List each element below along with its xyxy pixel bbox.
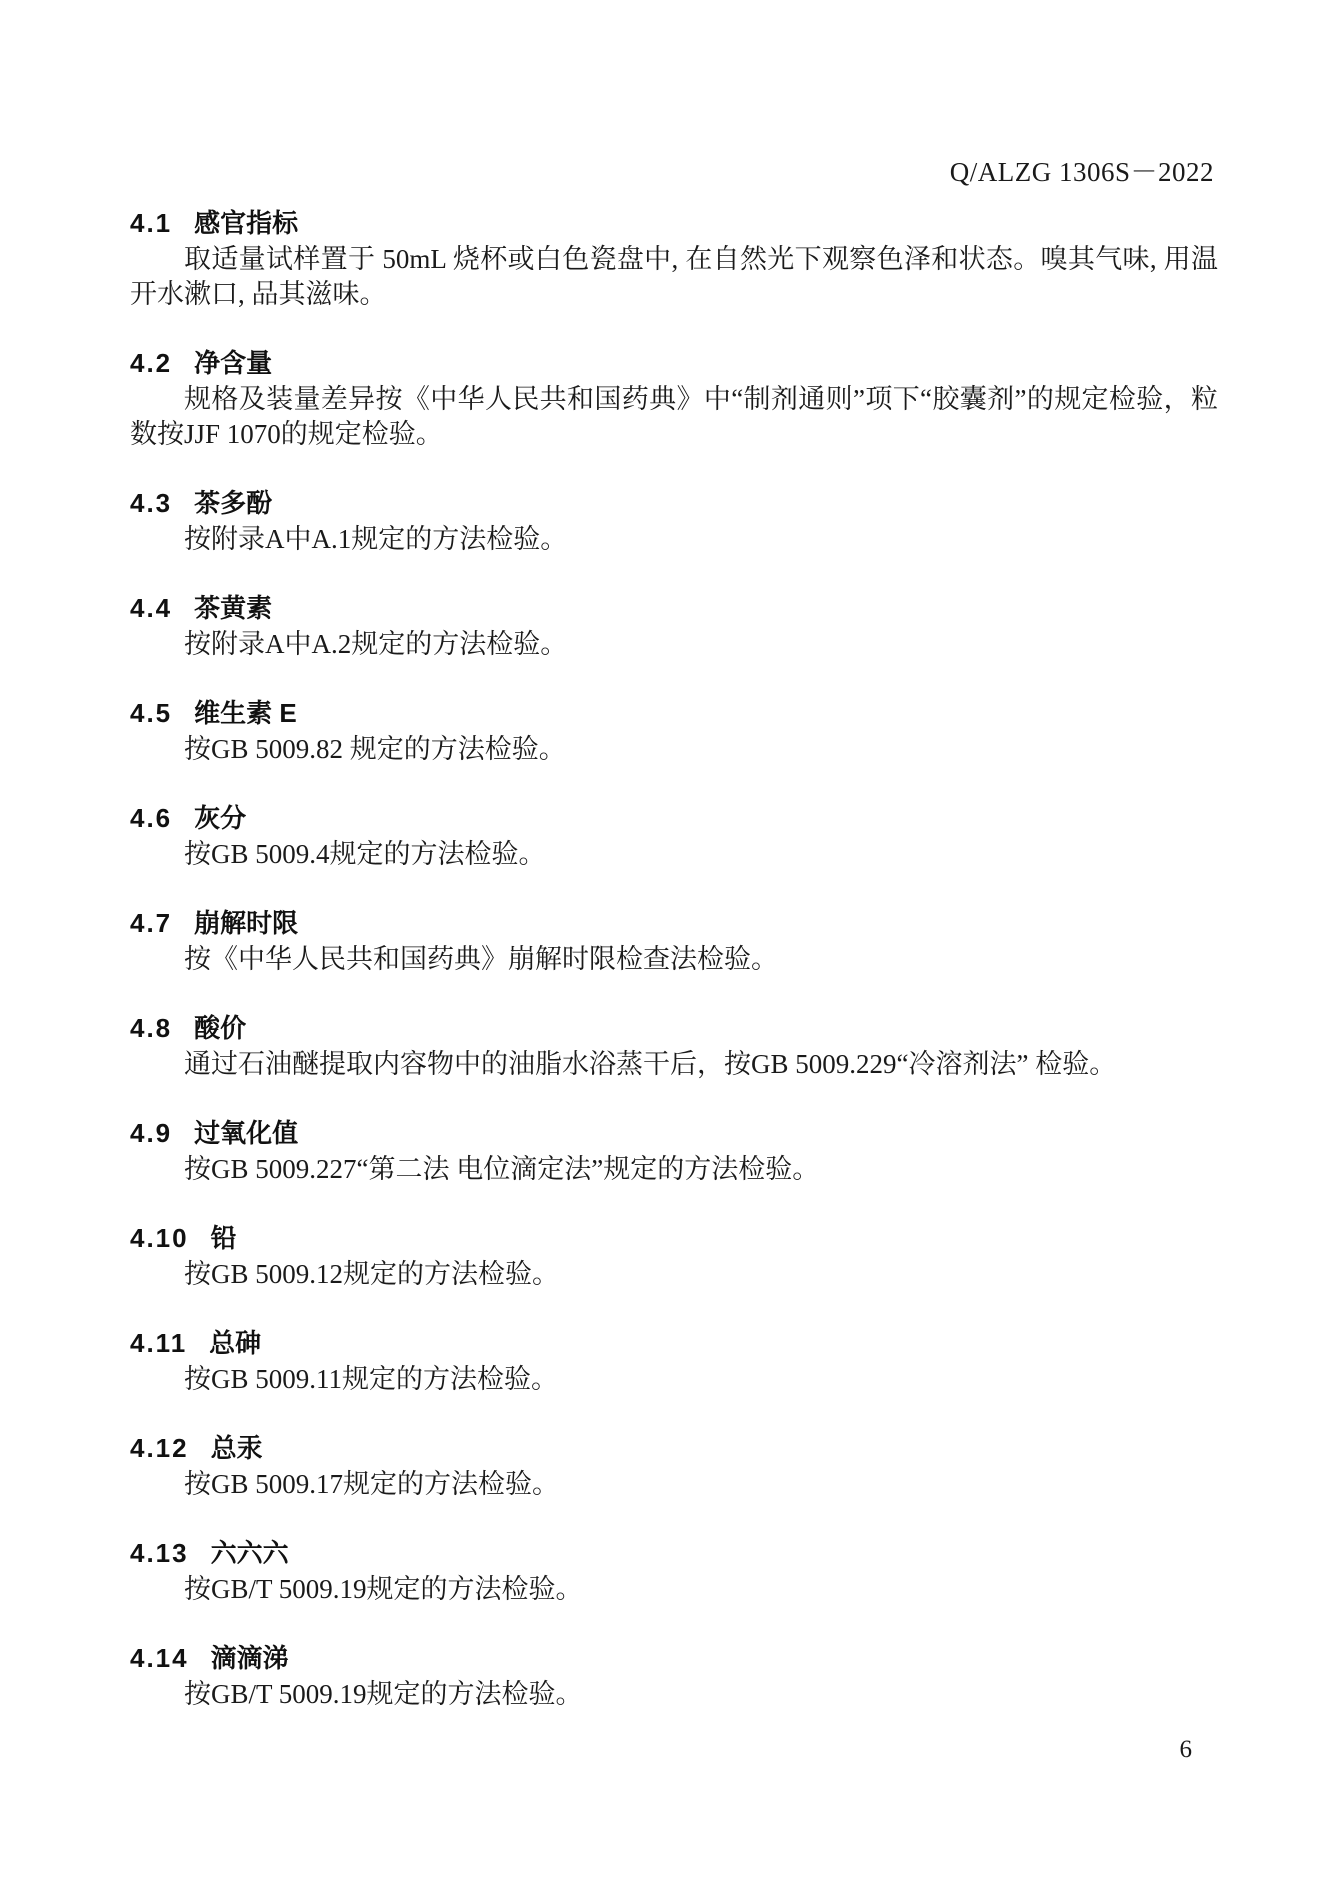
section-title: 维生素 E — [194, 698, 297, 728]
section-number: 4.7 — [130, 906, 172, 940]
section-4-2: 4.2净含量 规格及装量差异按《中华人民共和国药典》中“制剂通则”项下“胶囊剂”… — [130, 346, 1218, 452]
section-number: 4.3 — [130, 486, 172, 520]
page-number: 6 — [1180, 1736, 1193, 1764]
section-number: 4.14 — [130, 1641, 189, 1675]
section-body-text: 通过石油醚提取内容物中的油脂水浴蒸干后，按GB 5009.229“冷溶剂法” 检… — [130, 1047, 1218, 1082]
section-title: 净含量 — [194, 348, 272, 378]
section-number: 4.11 — [130, 1326, 187, 1360]
section-body-text: 按GB/T 5009.19规定的方法检验。 — [130, 1677, 1218, 1712]
section-heading: 4.6灰分 — [130, 801, 1218, 835]
section-4-4: 4.4茶黄素 按附录A中A.2规定的方法检验。 — [130, 591, 1218, 662]
section-number: 4.5 — [130, 696, 172, 730]
section-4-13: 4.13六六六 按GB/T 5009.19规定的方法检验。 — [130, 1536, 1218, 1607]
section-body-text: 按GB 5009.4规定的方法检验。 — [130, 837, 1218, 872]
section-heading: 4.7崩解时限 — [130, 906, 1218, 940]
section-body-text: 规格及装量差异按《中华人民共和国药典》中“制剂通则”项下“胶囊剂”的规定检验，粒… — [130, 382, 1218, 452]
section-number: 4.6 — [130, 801, 172, 835]
document-page: Q/ALZG 1306S－2022 4.1感官指标 取适量试样置于 50mL 烧… — [0, 0, 1344, 1900]
section-number: 4.4 — [130, 591, 172, 625]
document-body: 4.1感官指标 取适量试样置于 50mL 烧杯或白色瓷盘中, 在自然光下观察色泽… — [130, 206, 1218, 1746]
section-title: 滴滴涕 — [211, 1643, 289, 1673]
section-4-12: 4.12总汞 按GB 5009.17规定的方法检验。 — [130, 1431, 1218, 1502]
section-number: 4.9 — [130, 1116, 172, 1150]
section-title: 崩解时限 — [194, 908, 298, 938]
section-heading: 4.3茶多酚 — [130, 486, 1218, 520]
section-heading: 4.8酸价 — [130, 1011, 1218, 1045]
section-title: 灰分 — [194, 803, 246, 833]
section-4-1: 4.1感官指标 取适量试样置于 50mL 烧杯或白色瓷盘中, 在自然光下观察色泽… — [130, 206, 1218, 312]
section-number: 4.1 — [130, 206, 172, 240]
section-4-11: 4.11总砷 按GB 5009.11规定的方法检验。 — [130, 1326, 1218, 1397]
section-body-text: 按GB 5009.11规定的方法检验。 — [130, 1362, 1218, 1397]
section-4-8: 4.8酸价 通过石油醚提取内容物中的油脂水浴蒸干后，按GB 5009.229“冷… — [130, 1011, 1218, 1082]
section-title: 过氧化值 — [194, 1118, 298, 1148]
section-title: 总汞 — [211, 1433, 263, 1463]
section-heading: 4.12总汞 — [130, 1431, 1218, 1465]
section-body-text: 按附录A中A.1规定的方法检验。 — [130, 522, 1218, 557]
section-title: 茶多酚 — [194, 488, 272, 518]
section-heading: 4.10铅 — [130, 1221, 1218, 1255]
section-heading: 4.5维生素 E — [130, 696, 1218, 730]
section-title: 酸价 — [194, 1013, 246, 1043]
section-title: 总砷 — [209, 1328, 261, 1358]
section-heading: 4.11总砷 — [130, 1326, 1218, 1360]
section-heading: 4.14滴滴涕 — [130, 1641, 1218, 1675]
section-body-text: 按GB 5009.227“第二法 电位滴定法”规定的方法检验。 — [130, 1152, 1218, 1187]
section-body-text: 按《中华人民共和国药典》崩解时限检查法检验。 — [130, 942, 1218, 977]
section-body-text: 取适量试样置于 50mL 烧杯或白色瓷盘中, 在自然光下观察色泽和状态。嗅其气味… — [130, 242, 1218, 312]
section-4-7: 4.7崩解时限 按《中华人民共和国药典》崩解时限检查法检验。 — [130, 906, 1218, 977]
section-4-6: 4.6灰分 按GB 5009.4规定的方法检验。 — [130, 801, 1218, 872]
section-4-10: 4.10铅 按GB 5009.12规定的方法检验。 — [130, 1221, 1218, 1292]
section-body-text: 按GB 5009.17规定的方法检验。 — [130, 1467, 1218, 1502]
section-4-9: 4.9过氧化值 按GB 5009.227“第二法 电位滴定法”规定的方法检验。 — [130, 1116, 1218, 1187]
section-title: 六六六 — [211, 1538, 289, 1568]
section-number: 4.10 — [130, 1221, 189, 1255]
section-heading: 4.4茶黄素 — [130, 591, 1218, 625]
section-title: 感官指标 — [194, 208, 298, 238]
section-heading: 4.13六六六 — [130, 1536, 1218, 1570]
section-body-text: 按GB 5009.12规定的方法检验。 — [130, 1257, 1218, 1292]
section-number: 4.13 — [130, 1536, 189, 1570]
section-body-text: 按附录A中A.2规定的方法检验。 — [130, 627, 1218, 662]
section-heading: 4.1感官指标 — [130, 206, 1218, 240]
section-title: 茶黄素 — [194, 593, 272, 623]
section-heading: 4.2净含量 — [130, 346, 1218, 380]
section-4-14: 4.14滴滴涕 按GB/T 5009.19规定的方法检验。 — [130, 1641, 1218, 1712]
section-4-3: 4.3茶多酚 按附录A中A.1规定的方法检验。 — [130, 486, 1218, 557]
section-number: 4.2 — [130, 346, 172, 380]
section-title: 铅 — [211, 1223, 237, 1253]
section-number: 4.12 — [130, 1431, 189, 1465]
section-4-5: 4.5维生素 E 按GB 5009.82 规定的方法检验。 — [130, 696, 1218, 767]
section-number: 4.8 — [130, 1011, 172, 1045]
section-body-text: 按GB/T 5009.19规定的方法检验。 — [130, 1572, 1218, 1607]
standard-code-header: Q/ALZG 1306S－2022 — [950, 150, 1214, 189]
section-heading: 4.9过氧化值 — [130, 1116, 1218, 1150]
section-body-text: 按GB 5009.82 规定的方法检验。 — [130, 732, 1218, 767]
